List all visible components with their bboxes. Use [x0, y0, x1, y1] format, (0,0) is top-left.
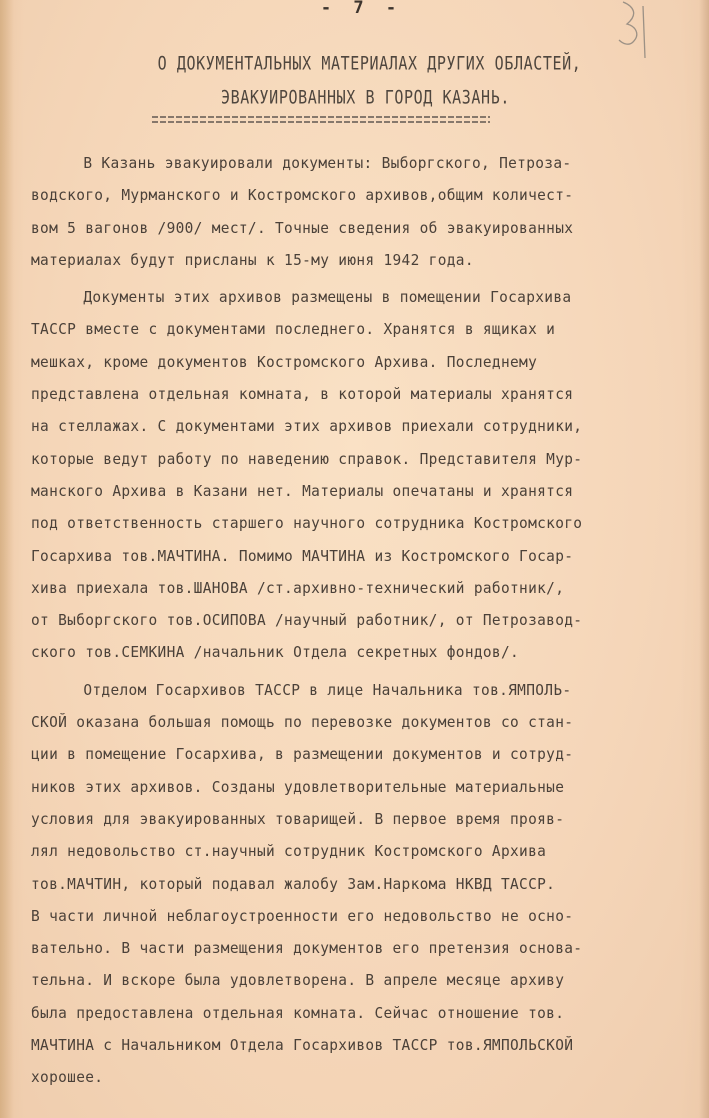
- text-line: на стеллажах. С документами этих архивов…: [31, 410, 671, 442]
- text-line: Отделом Госархивов ТАССР в лице Начальни…: [31, 674, 671, 706]
- text-line: Документы этих архивов размещены в помещ…: [31, 281, 671, 313]
- page-number: - 7 -: [0, 0, 709, 18]
- text-line: условия для эвакуированных товарищей. В …: [31, 803, 671, 835]
- text-line: которые ведут работу по наведению справо…: [31, 443, 671, 475]
- paragraph: Документы этих архивов размещены в помещ…: [31, 281, 703, 669]
- document-page: - 7 - О ДОКУМЕНТАЛЬНЫХ МАТЕРИАЛАХ ДРУГИХ…: [0, 0, 709, 1118]
- text-line: СКОЙ оказана большая помощь по перевозке…: [31, 706, 671, 738]
- document-body: В Казань эвакуировали документы: Выборгс…: [31, 147, 703, 1094]
- text-line: от Выборгского тов.ОСИПОВА /научный рабо…: [31, 604, 671, 636]
- text-line: мешках, кроме документов Костромского Ар…: [31, 346, 671, 378]
- text-line: ников этих архивов. Созданы удовлетворит…: [31, 771, 671, 803]
- title-underline-rule: [152, 116, 490, 123]
- text-line: В Казань эвакуировали документы: Выборгс…: [31, 147, 671, 179]
- text-line: ции в помещение Госархива, в размещении …: [31, 738, 671, 770]
- text-line: материалах будут присланы к 15-му июня 1…: [31, 244, 671, 276]
- text-line: тельна. И вскоре была удовлетворена. В а…: [31, 964, 671, 996]
- text-line: хива приехала тов.ШАНОВА /ст.архивно-тех…: [31, 572, 671, 604]
- text-line: водского, Мурманского и Костромского арх…: [31, 179, 671, 211]
- paragraph: В Казань эвакуировали документы: Выборгс…: [31, 147, 703, 276]
- text-line: тов.МАЧТИН, который подавал жалобу Зам.Н…: [31, 868, 671, 900]
- text-line: вательно. В части размещения документов …: [31, 932, 671, 964]
- document-title-line-2: ЭВАКУИРОВАННЫХ В ГОРОД КАЗАНЬ.: [0, 86, 709, 109]
- text-line: МАЧТИНА с Начальником Отдела Госархивов …: [31, 1029, 671, 1061]
- text-line: хорошее.: [31, 1061, 671, 1093]
- text-line: была предоставлена отдельная комната. Се…: [31, 997, 671, 1029]
- text-line: ТАССР вместе с документами последнего. Х…: [31, 313, 671, 345]
- document-title-line-1: О ДОКУМЕНТАЛЬНЫХ МАТЕРИАЛАХ ДРУГИХ ОБЛАС…: [0, 52, 709, 75]
- text-line: лял недовольство ст.научный сотрудник Ко…: [31, 835, 671, 867]
- text-line: представлена отдельная комната, в которо…: [31, 378, 671, 410]
- text-line: вом 5 вагонов /900/ мест/. Точные сведен…: [31, 212, 671, 244]
- text-line: манского Архива в Казани нет. Материалы …: [31, 475, 671, 507]
- paragraph: Отделом Госархивов ТАССР в лице Начальни…: [31, 674, 703, 1094]
- text-line: В части личной неблагоустроенности его н…: [31, 900, 671, 932]
- text-line: ского тов.СЕМКИНА /начальник Отдела секр…: [31, 636, 671, 668]
- text-line: под ответственность старшего научного со…: [31, 507, 671, 539]
- text-line: Госархива тов.МАЧТИНА. Помимо МАЧТИНА из…: [31, 540, 671, 572]
